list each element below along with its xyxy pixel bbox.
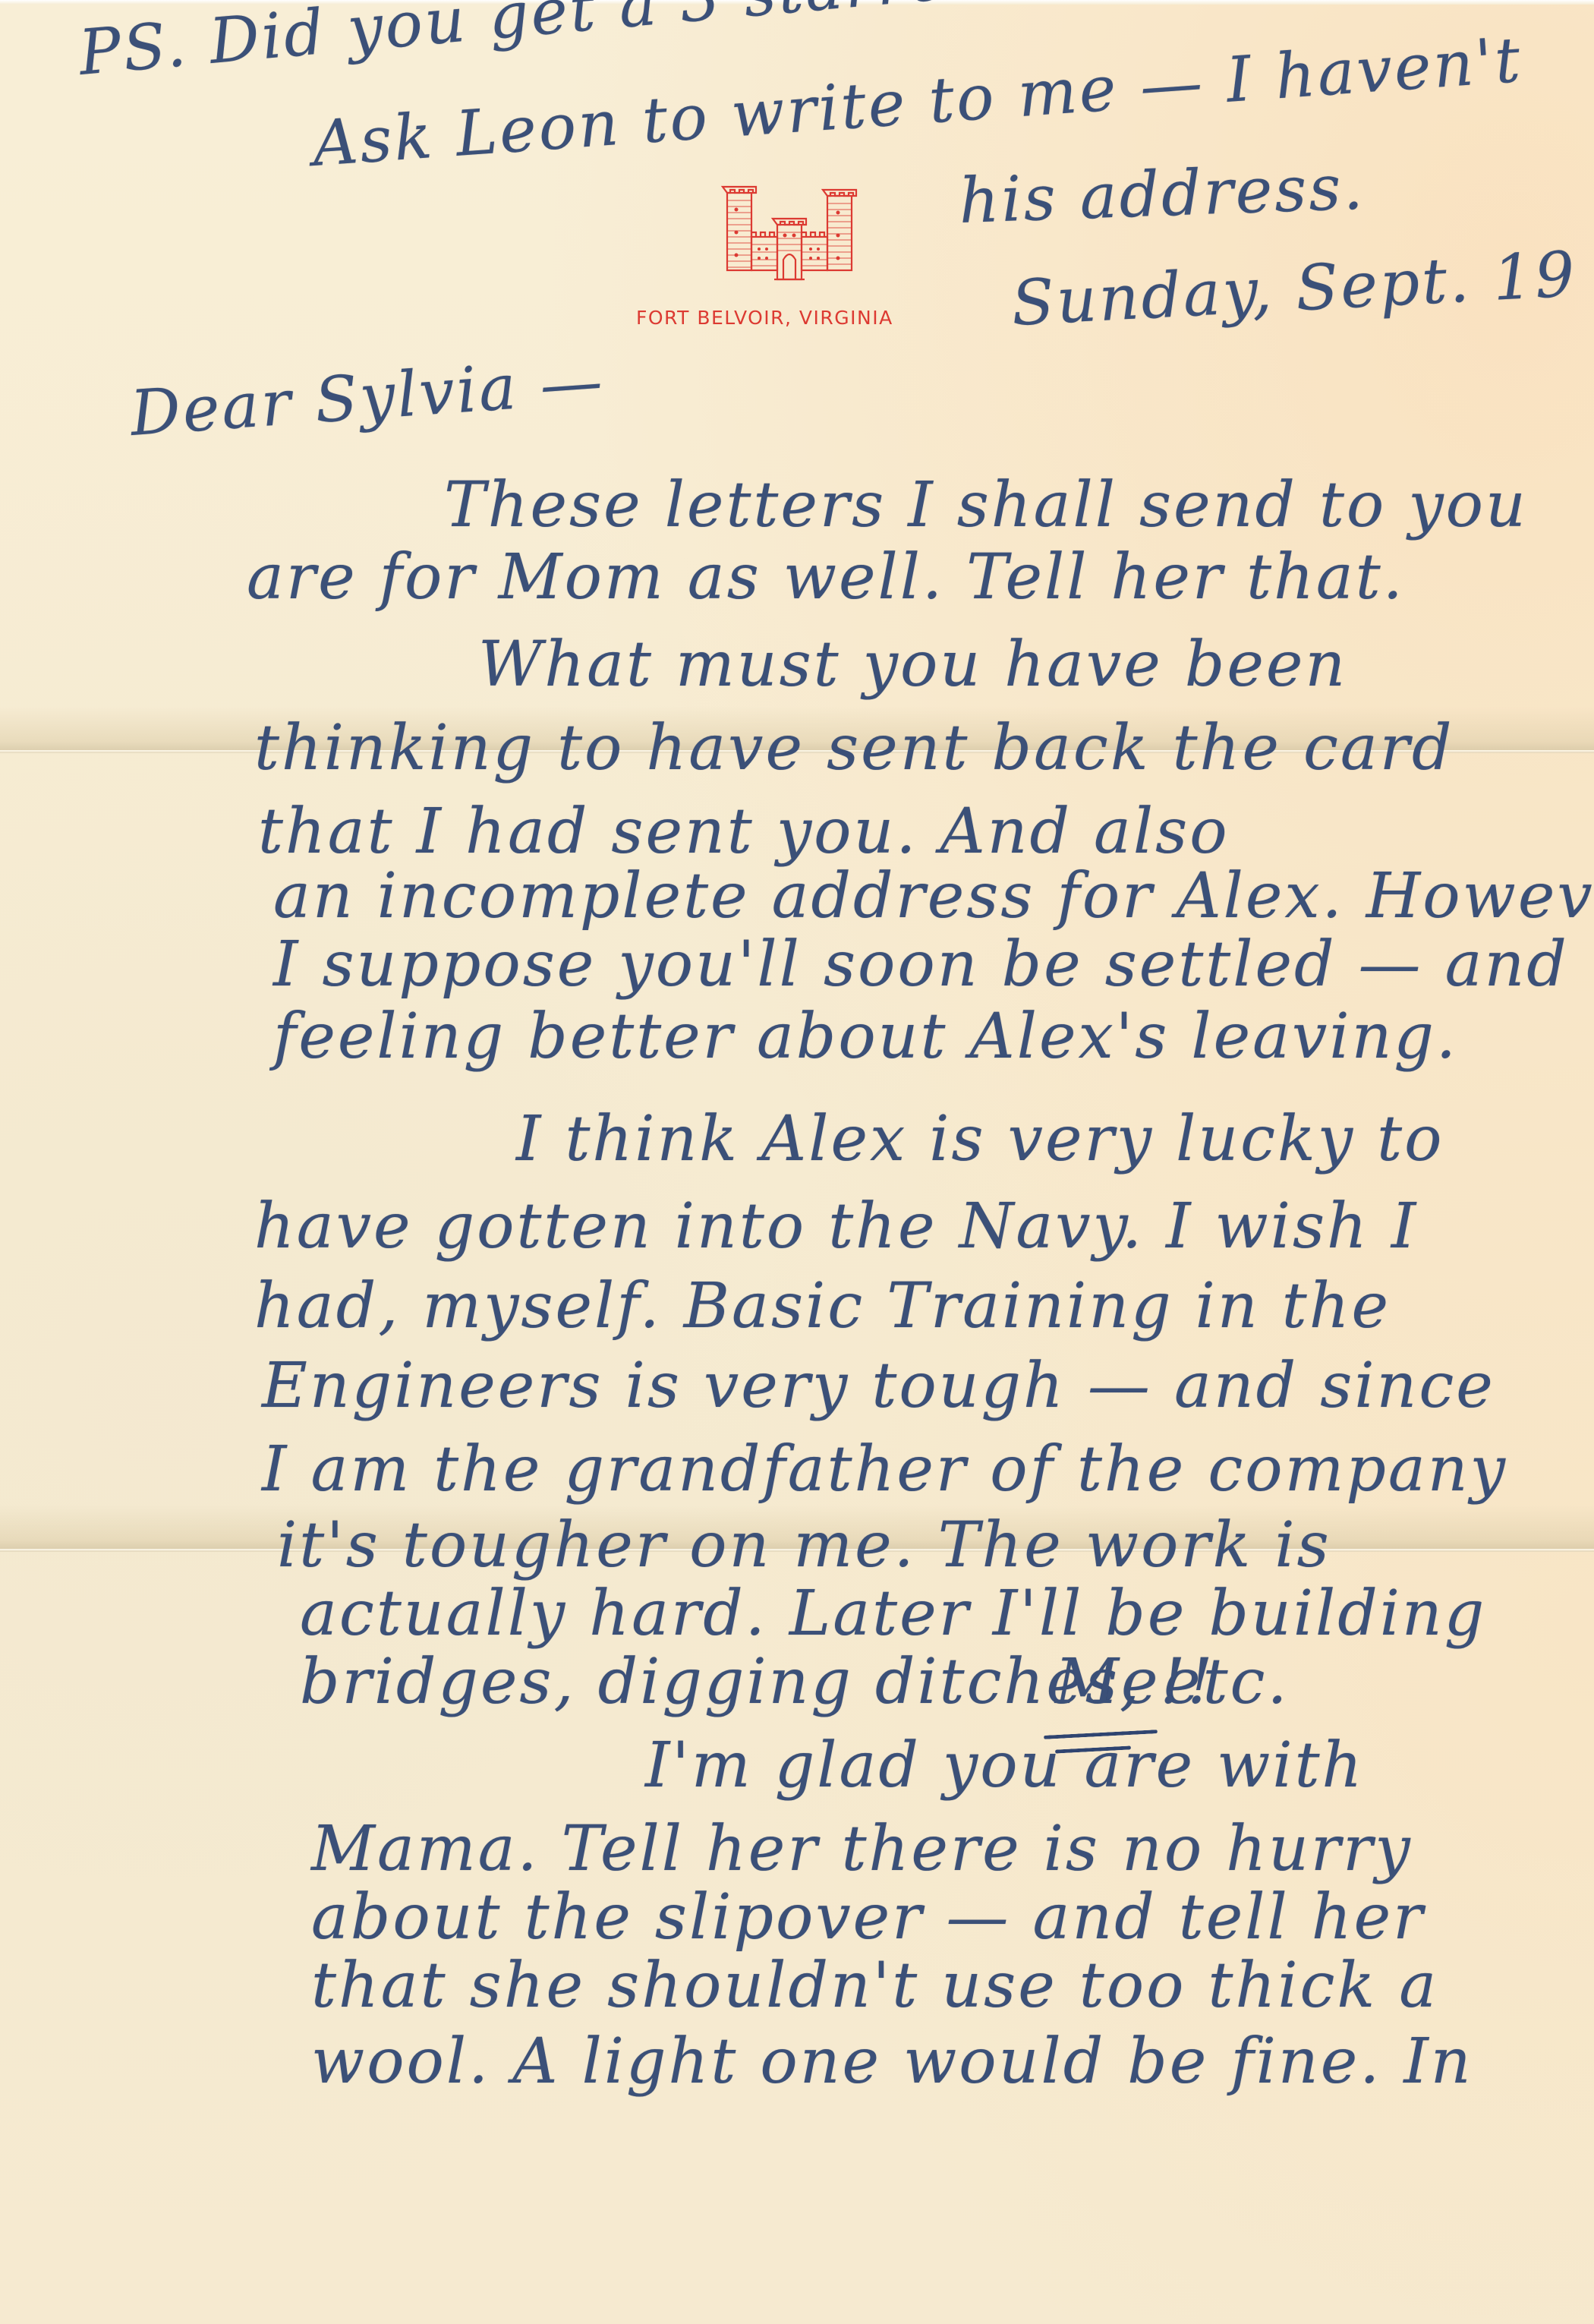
body-line: What must you have been [478,634,1347,696]
emphasis-me: Me!! [1055,1651,1214,1714]
body-line: thinking to have sent back the card [254,717,1454,780]
body-line: an incomplete address for Alex. However [273,866,1594,928]
postscript-line-3: his address. [958,156,1366,233]
body-line: I think Alex is very lucky to [516,1108,1444,1171]
body-line: I suppose you'll soon be settled — and [273,934,1569,996]
letterhead-location: FORT BELVOIR, VIRGINIA [636,307,893,329]
body-line: I am the grandfather of the company [262,1439,1507,1501]
body-line: that she shouldn't use too thick a [311,1955,1438,2017]
body-line: are for Mom as well. Tell her that. [247,547,1405,609]
body-line: actually hard. Later I'll be building [300,1583,1486,1645]
body-line: feeling better about Alex's leaving. [273,1006,1458,1068]
body-line: have gotten into the Navy. I wish I [254,1196,1418,1258]
body-line: that I had sent you. And also [258,801,1230,863]
engineer-castle-icon [714,182,865,289]
body-line: These letters I shall send to you [444,475,1528,537]
body-line: Engineers is very tough — and since [262,1355,1495,1417]
body-line: wool. A light one would be fine. In [311,2031,1473,2093]
body-line: Mama. Tell her there is no hurry [311,1818,1413,1881]
body-line: had, myself. Basic Training in the [254,1276,1391,1338]
body-line: about the slipover — and tell her [311,1887,1425,1949]
body-line: I'm glad you are with [645,1735,1364,1797]
body-line: it's tougher on me. The work is [277,1515,1331,1577]
